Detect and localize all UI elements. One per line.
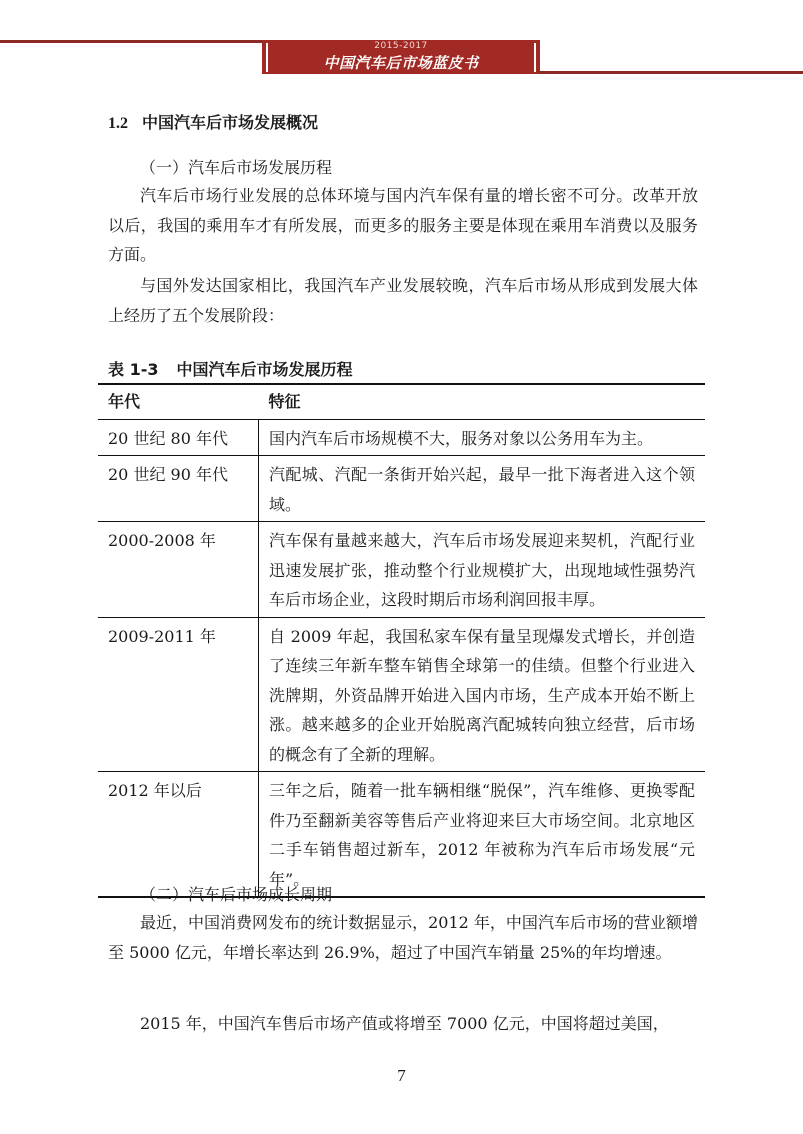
table-row: 2009-2011 年 自 2009 年起，我国私家车保有量呈现爆发式增长，并创… xyxy=(98,617,705,772)
header-rule-left xyxy=(0,40,264,43)
table-row: 2000-2008 年 汽车保有量越来越大，汽车后市场发展迎来契机，汽配行业迅速… xyxy=(98,522,705,618)
table-cell-feature: 汽车保有量越来越大，汽车后市场发展迎来契机，汽配行业迅速发展扩张，推动整个行业规… xyxy=(259,522,706,618)
section-number: 1.2 xyxy=(108,115,128,132)
paragraph-3: 最近，中国消费网发布的统计数据显示，2012 年，中国汽车后市场的营业额增至 5… xyxy=(108,908,698,967)
table-cell-feature: 汽配城、汽配一条街开始兴起，最早一批下海者进入这个领域。 xyxy=(259,456,706,522)
header-years: 2015-2017 xyxy=(262,41,540,51)
table-cell-feature: 自 2009 年起，我国私家车保有量呈现爆发式增长，并创造了连续三年新车整车销售… xyxy=(259,617,706,772)
table-caption-number: 表 1-3 xyxy=(108,360,158,379)
table-header-feature: 特征 xyxy=(259,384,706,419)
table-cell-era: 20 世纪 90 年代 xyxy=(98,456,259,522)
section-title: 中国汽车后市场发展概况 xyxy=(142,113,318,132)
table-header-row: 年代 特征 xyxy=(98,384,705,419)
table-caption-title: 中国汽车后市场发展历程 xyxy=(176,360,352,379)
table-row: 2012 年以后 三年之后，随着一批车辆相继“脱保”，汽车维修、更换零配件乃至翻… xyxy=(98,772,705,898)
table-cell-feature: 国内汽车后市场规模不大，服务对象以公务用车为主。 xyxy=(259,419,706,456)
table-cell-era: 20 世纪 80 年代 xyxy=(98,419,259,456)
paragraph-4: 2015 年，中国汽车售后市场产值或将增至 7000 亿元，中国将超过美国， xyxy=(108,1009,698,1039)
table-cell-feature: 三年之后，随着一批车辆相继“脱保”，汽车维修、更换零配件乃至翻新美容等售后产业将… xyxy=(259,772,706,898)
subsection-2-title: （二）汽车后市场成长周期 xyxy=(140,882,332,905)
development-history-table: 年代 特征 20 世纪 80 年代 国内汽车后市场规模不大，服务对象以公务用车为… xyxy=(98,383,705,898)
table-caption: 表 1-3中国汽车后市场发展历程 xyxy=(108,357,353,380)
table-cell-era: 2009-2011 年 xyxy=(98,617,259,772)
table-header-era: 年代 xyxy=(98,384,259,419)
table-row: 20 世纪 80 年代 国内汽车后市场规模不大，服务对象以公务用车为主。 xyxy=(98,419,705,456)
paragraph-2: 与国外发达国家相比，我国汽车产业发展较晚，汽车后市场从形成到发展大体上经历了五个… xyxy=(108,271,698,330)
table-cell-era: 2000-2008 年 xyxy=(98,522,259,618)
page-number: 7 xyxy=(0,1066,803,1086)
table-cell-era: 2012 年以后 xyxy=(98,772,259,898)
header-title: 中国汽车后市场蓝皮书 xyxy=(262,52,540,73)
table-row: 20 世纪 90 年代 汽配城、汽配一条街开始兴起，最早一批下海者进入这个领域。 xyxy=(98,456,705,522)
paragraph-1: 汽车后市场行业发展的总体环境与国内汽车保有量的增长密不可分。改革开放以后，我国的… xyxy=(108,181,698,270)
section-heading: 1.2中国汽车后市场发展概况 xyxy=(108,110,318,133)
subsection-1-title: （一）汽车后市场发展历程 xyxy=(140,155,332,178)
header-rule-right xyxy=(538,71,803,74)
header-title-box: 2015-2017 中国汽车后市场蓝皮书 xyxy=(262,40,540,74)
